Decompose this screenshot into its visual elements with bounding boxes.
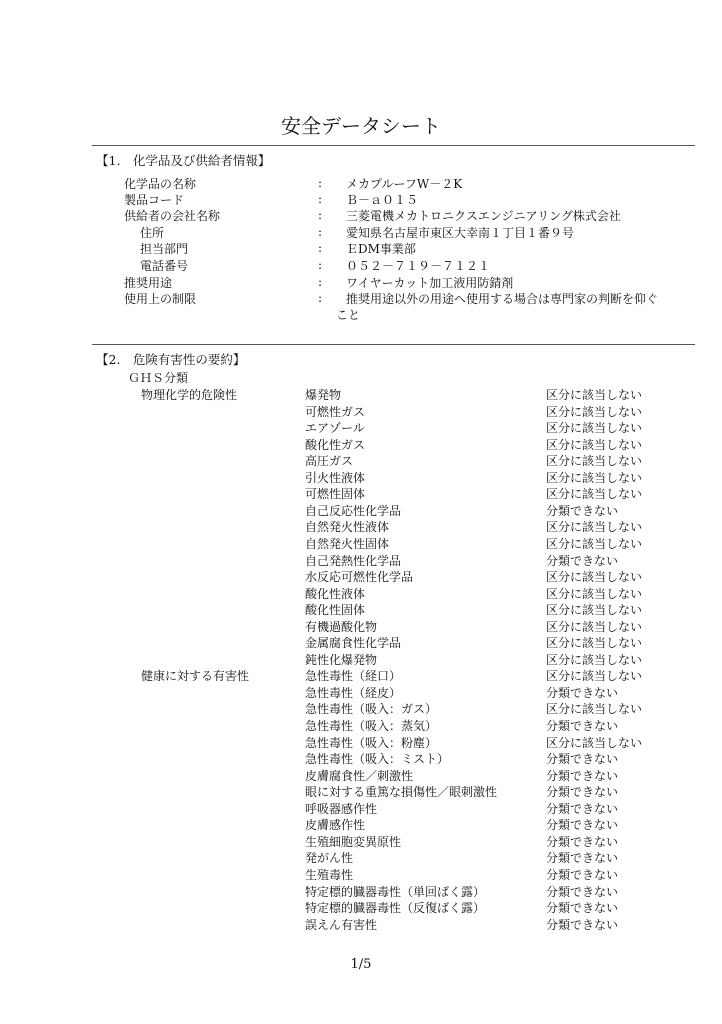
field-separator: : (318, 241, 322, 255)
field-value: 三菱電機メカトロニクスエンジニアリング株式会社 (346, 208, 621, 225)
field-value: 愛知県名古屋市東区大幸南１丁目１番９号 (346, 225, 574, 242)
field-label: 使用上の制限 (124, 291, 196, 308)
ghs-label: ＧＨＳ分類 (128, 370, 188, 387)
classification-result: 区分に該当しない (546, 453, 642, 470)
hazard-class: 有機過酸化物 (305, 619, 377, 636)
classification-result: 区分に該当しない (546, 404, 642, 421)
hazard-class: 急性毒性（経口） (305, 668, 401, 685)
hazard-class: 生殖毒性 (305, 867, 353, 884)
divider (92, 344, 695, 345)
hazard-class: 可燃性ガス (305, 404, 365, 421)
hazard-class: 急性毒性（吸入：ガス） (305, 701, 437, 718)
field-label: 住所 (140, 225, 164, 242)
hazard-class: 金属腐食性化学品 (305, 635, 401, 652)
hazard-class: 急性毒性（吸入：ミスト） (305, 751, 449, 768)
hazard-class: 誤えん有害性 (305, 917, 377, 934)
field-value: メカプルーフW－２K (346, 176, 462, 193)
classification-result: 区分に該当しない (546, 635, 642, 652)
field-value: 推奨用途以外の用途へ使用する場合は専門家の判断を仰ぐ (346, 291, 658, 308)
hazard-class: 眼に対する重篤な損傷性／眼刺激性 (305, 784, 497, 801)
classification-result: 区分に該当しない (546, 586, 642, 603)
classification-result: 区分に該当しない (546, 619, 642, 636)
hazard-class: 特定標的臓器毒性（反復ばく露） (305, 900, 485, 917)
classification-result: 分類できない (546, 884, 618, 901)
hazard-class: 自然発火性液体 (305, 519, 389, 536)
hazard-class: 酸化性液体 (305, 586, 365, 603)
hazard-class: 特定標的臓器毒性（単回ばく露） (305, 884, 485, 901)
classification-result: 区分に該当しない (546, 470, 642, 487)
field-separator: : (318, 208, 322, 222)
classification-result: 区分に該当しない (546, 519, 642, 536)
classification-result: 分類できない (546, 834, 618, 851)
classification-result: 区分に該当しない (546, 569, 642, 586)
hazard-class: 皮膚腐食性／刺激性 (305, 768, 413, 785)
hazard-class: 急性毒性（吸入：粉塵） (305, 735, 437, 752)
classification-result: 区分に該当しない (546, 602, 642, 619)
classification-result: 分類できない (546, 718, 618, 735)
classification-result: 区分に該当しない (546, 536, 642, 553)
hazard-class: 可燃性固体 (305, 486, 365, 503)
document-title: 安全データシート (0, 110, 722, 139)
classification-result: 分類できない (546, 685, 618, 702)
hazard-class: 発がん性 (305, 850, 353, 867)
hazard-class: 自然発火性固体 (305, 536, 389, 553)
hazard-class: 皮膚感作性 (305, 817, 365, 834)
field-value-continuation: こと (336, 307, 360, 324)
field-value: ０５２－７１９－７１２１ (346, 258, 490, 275)
hazard-class: 自己反応性化学品 (305, 503, 401, 520)
hazard-class: 急性毒性（吸入：蒸気） (305, 718, 437, 735)
hazard-group-label: 物理化学的危険性 (141, 387, 237, 404)
classification-result: 分類できない (546, 801, 618, 818)
section2-heading: 【2. 危険有害性の要約】 (96, 350, 245, 368)
hazard-class: 酸化性ガス (305, 437, 365, 454)
hazard-class: 高圧ガス (305, 453, 353, 470)
field-label: 推奨用途 (124, 275, 172, 292)
classification-result: 分類できない (546, 751, 618, 768)
hazard-class: 爆発物 (305, 387, 341, 404)
hazard-class: 急性毒性（経皮） (305, 685, 401, 702)
field-separator: : (318, 176, 322, 190)
classification-result: 分類できない (546, 768, 618, 785)
classification-result: 区分に該当しない (546, 420, 642, 437)
field-label: 化学品の名称 (124, 176, 196, 193)
field-separator: : (318, 291, 322, 305)
field-value: ＥDM事業部 (346, 241, 416, 258)
hazard-class: 酸化性固体 (305, 602, 365, 619)
classification-result: 分類できない (546, 503, 618, 520)
classification-result: 区分に該当しない (546, 437, 642, 454)
hazard-class: 呼吸器感作性 (305, 801, 377, 818)
field-separator: : (318, 275, 322, 289)
field-separator: : (318, 192, 322, 206)
classification-result: 分類できない (546, 867, 618, 884)
hazard-class: 鈍性化爆発物 (305, 652, 377, 669)
classification-result: 区分に該当しない (546, 735, 642, 752)
hazard-class: 生殖細胞変異原性 (305, 834, 401, 851)
classification-result: 分類できない (546, 553, 618, 570)
section1-heading: 【1. 化学品及び供給者情報】 (96, 151, 270, 169)
divider (92, 145, 695, 146)
classification-result: 区分に該当しない (546, 387, 642, 404)
field-label: 担当部門 (140, 241, 188, 258)
classification-result: 区分に該当しない (546, 668, 642, 685)
page-number: 1/5 (0, 957, 722, 972)
field-separator: : (318, 225, 322, 239)
classification-result: 分類できない (546, 850, 618, 867)
classification-result: 区分に該当しない (546, 701, 642, 718)
classification-result: 分類できない (546, 784, 618, 801)
classification-result: 区分に該当しない (546, 652, 642, 669)
hazard-class: 水反応可燃性化学品 (305, 569, 413, 586)
field-separator: : (318, 258, 322, 272)
classification-result: 区分に該当しない (546, 486, 642, 503)
hazard-class: 自己発熱性化学品 (305, 553, 401, 570)
field-label: 電話番号 (140, 258, 188, 275)
field-label: 製品コード (124, 192, 184, 209)
field-value: ワイヤーカット加工液用防錆剤 (346, 275, 513, 292)
hazard-class: 引火性液体 (305, 470, 365, 487)
hazard-class: エアゾール (305, 420, 365, 437)
classification-result: 分類できない (546, 900, 618, 917)
classification-result: 分類できない (546, 917, 618, 934)
field-label: 供給者の会社名称 (124, 208, 220, 225)
hazard-group-label: 健康に対する有害性 (141, 668, 249, 685)
classification-result: 分類できない (546, 817, 618, 834)
field-value: Ｂ－ａ０１５ (346, 192, 418, 209)
